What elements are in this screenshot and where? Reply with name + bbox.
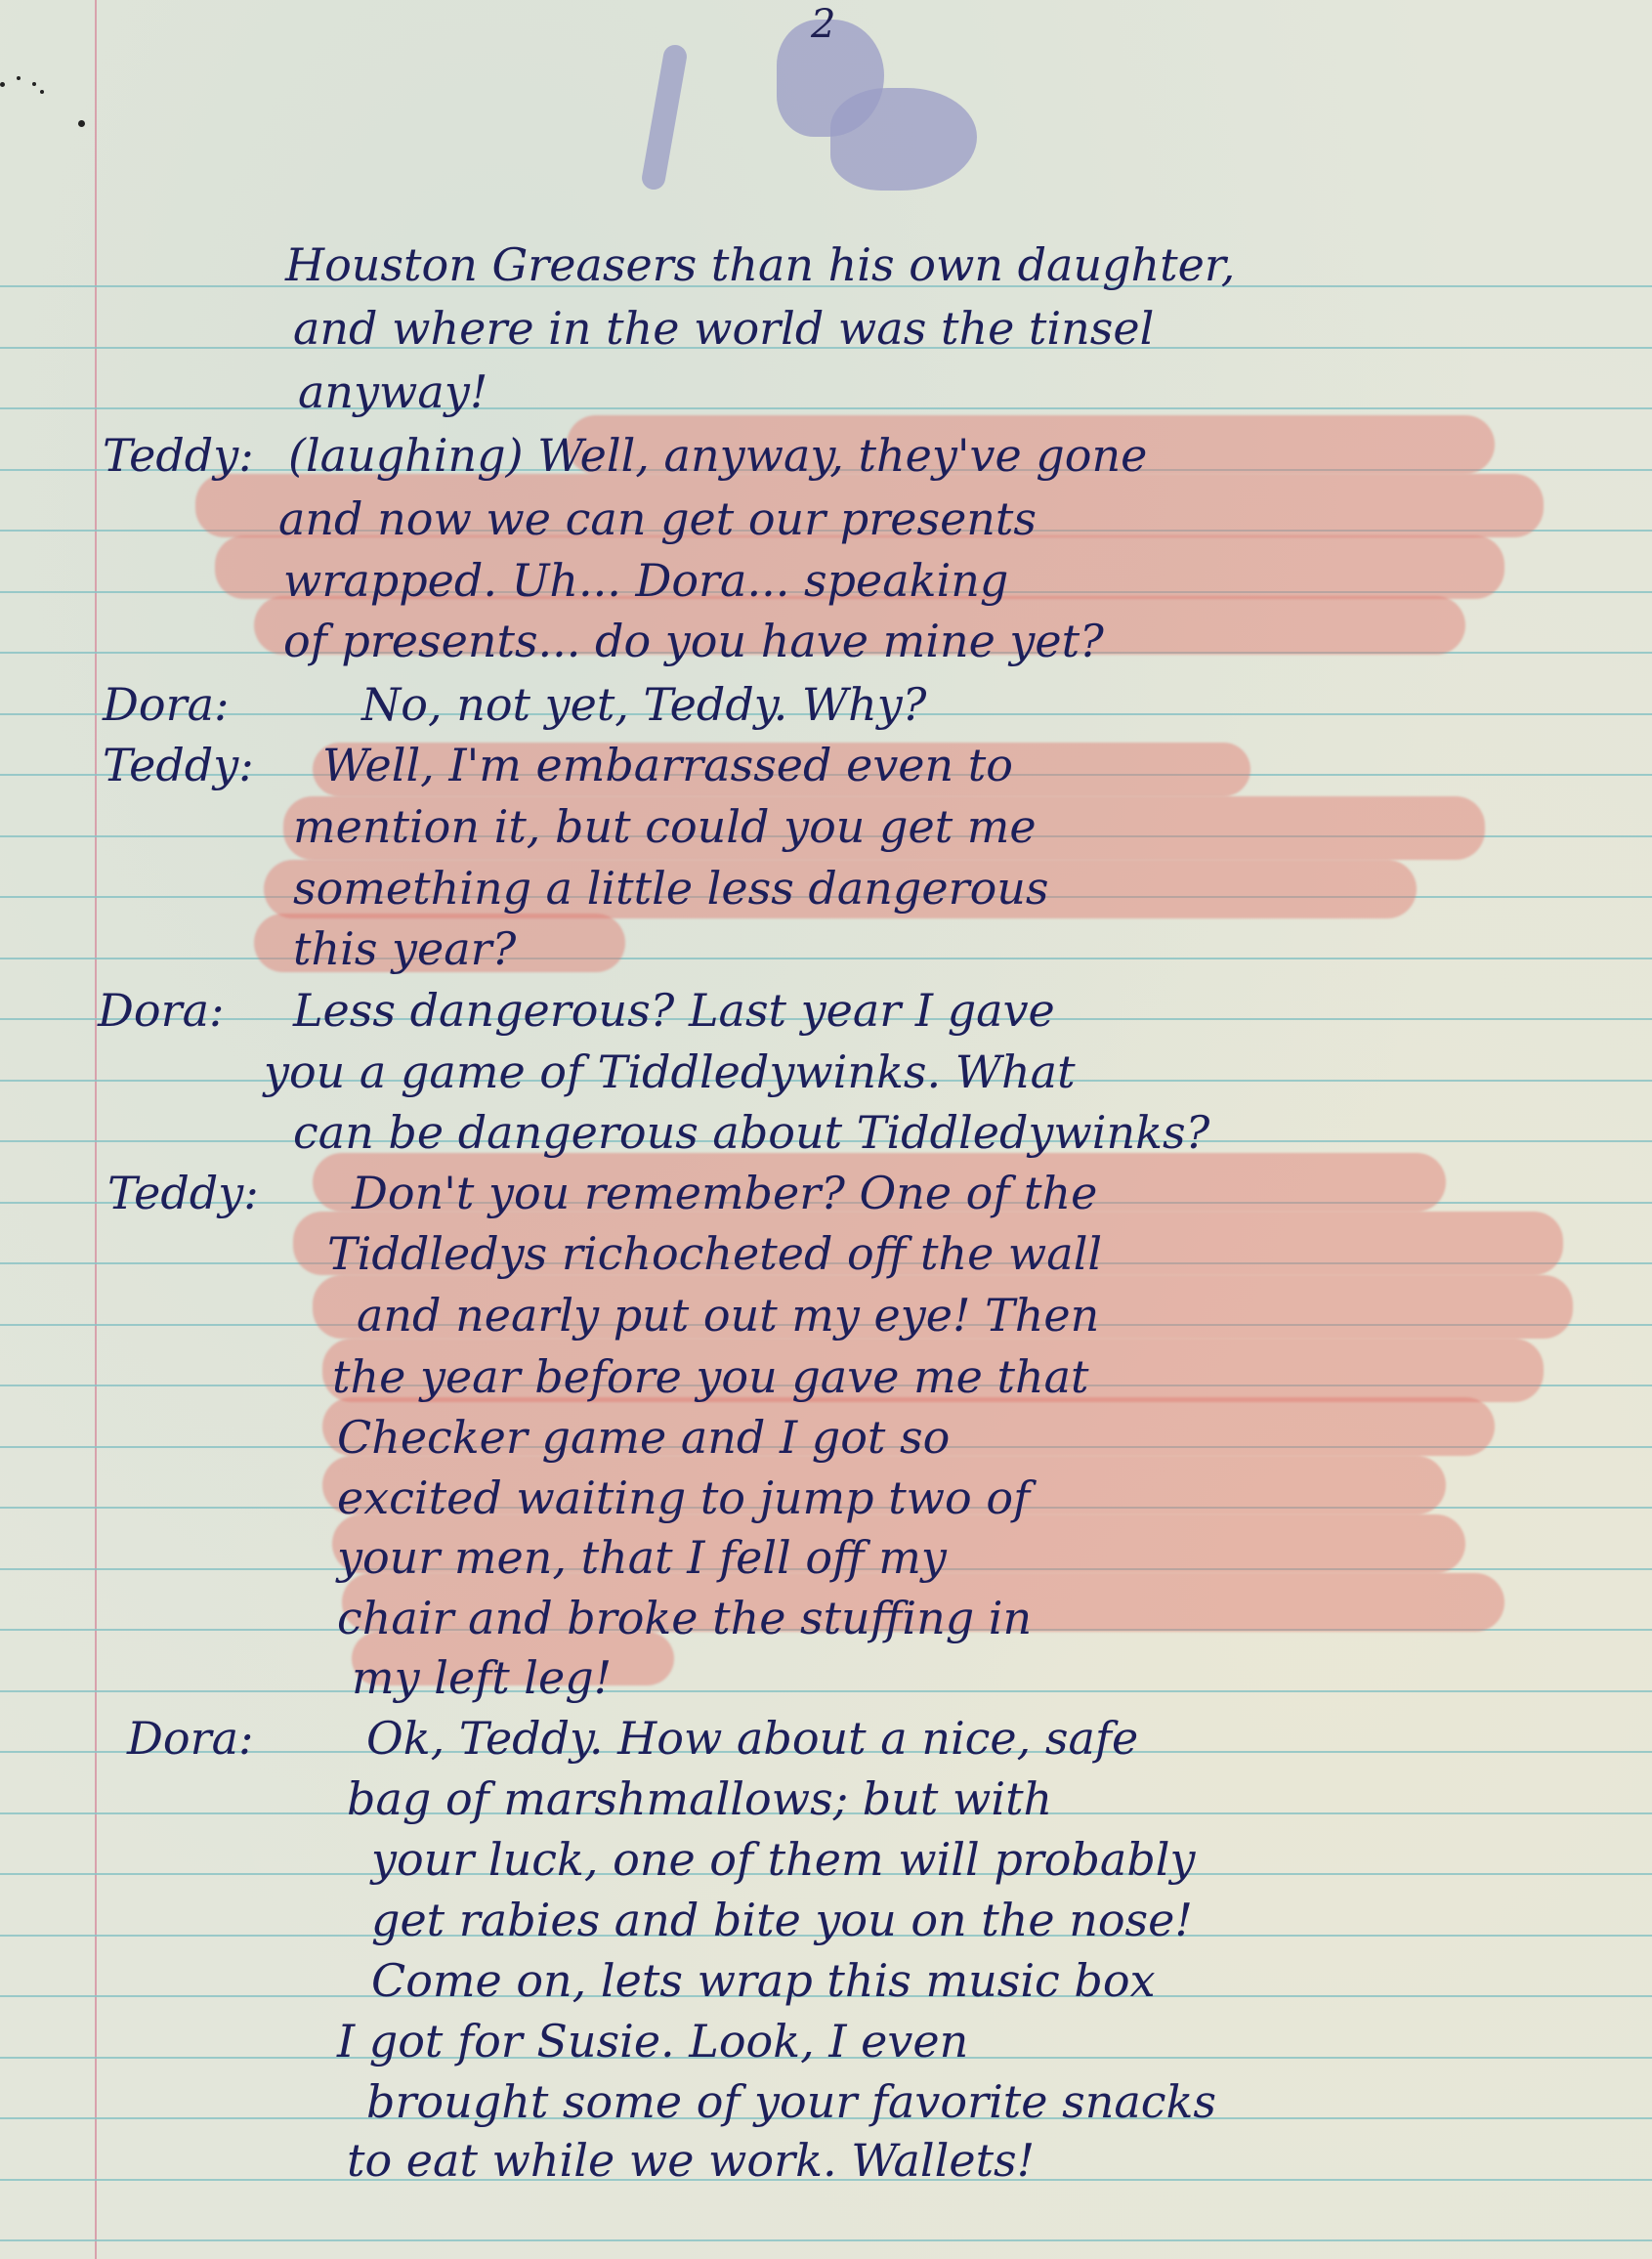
dialogue-line: and now we can get our presents xyxy=(278,489,1037,550)
margin-line xyxy=(95,0,97,2259)
dialogue-line: of presents... do you have mine yet? xyxy=(283,611,1104,672)
dialogue-line: Tiddledys richocheted off the wall xyxy=(327,1223,1102,1285)
dialogue-line: the year before you gave me that xyxy=(332,1346,1089,1408)
ruled-line xyxy=(0,407,1652,409)
dialogue-line: something a little less dangerous xyxy=(293,858,1049,919)
intro-line: and where in the world was the tinsel xyxy=(293,298,1154,360)
speaker-label: Dora: xyxy=(127,1708,254,1769)
dialogue-line: (laughing) Well, anyway, they've gone xyxy=(288,425,1147,487)
dialogue-line: you a game of Tiddledywinks. What xyxy=(264,1042,1076,1103)
dialogue-line: wrapped. Uh... Dora... speaking xyxy=(283,550,1008,612)
dialogue-line: Checker game and I got so xyxy=(337,1407,950,1469)
dialogue-line: and nearly put out my eye! Then xyxy=(357,1285,1099,1346)
dialogue-line: Well, I'm embarrassed even to xyxy=(322,735,1013,796)
ruled-line xyxy=(0,1690,1652,1692)
speaker-label: Teddy: xyxy=(107,1163,259,1224)
dialogue-line: can be dangerous about Tiddledywinks? xyxy=(293,1102,1209,1164)
dialogue-line: mention it, but could you get me xyxy=(293,796,1037,858)
intro-line: Houston Greasers than his own daughter, xyxy=(285,234,1235,296)
dialogue-line: get rabies and bite you on the nose! xyxy=(371,1890,1193,1951)
speaker-label: Teddy: xyxy=(103,735,254,796)
dialogue-line: my left leg! xyxy=(352,1647,612,1709)
speaker-label: Dora: xyxy=(103,674,230,736)
page-number: 2 xyxy=(811,2,835,47)
intro-line: anyway! xyxy=(298,362,487,423)
dialogue-line: Don't you remember? One of the xyxy=(352,1163,1097,1224)
speaker-label: Teddy: xyxy=(103,425,254,487)
dialogue-line: chair and broke the stuffing in xyxy=(337,1588,1032,1649)
dialogue-line: excited waiting to jump two of xyxy=(337,1468,1030,1529)
ruled-line xyxy=(0,958,1652,959)
dialogue-line: to eat while we work. Wallets! xyxy=(347,2130,1035,2192)
dialogue-line: Less dangerous? Last year I gave xyxy=(293,980,1055,1042)
dialogue-line: Come on, lets wrap this music box xyxy=(371,1950,1156,2012)
dialogue-line: I got for Susie. Look, I even xyxy=(337,2011,968,2072)
ruled-line xyxy=(0,2239,1652,2241)
dialogue-line: Ok, Teddy. How about a nice, safe xyxy=(366,1708,1138,1769)
dialogue-line: bag of marshmallows; but with xyxy=(347,1769,1052,1830)
dialogue-line: No, not yet, Teddy. Why? xyxy=(361,674,926,736)
dialogue-line: this year? xyxy=(293,918,516,980)
dialogue-line: brought some of your favorite snacks xyxy=(366,2071,1216,2133)
speaker-label: Dora: xyxy=(98,980,225,1042)
dialogue-line: your luck, one of them will probably xyxy=(371,1829,1196,1891)
dialogue-line: your men, that I fell off my xyxy=(337,1527,947,1589)
